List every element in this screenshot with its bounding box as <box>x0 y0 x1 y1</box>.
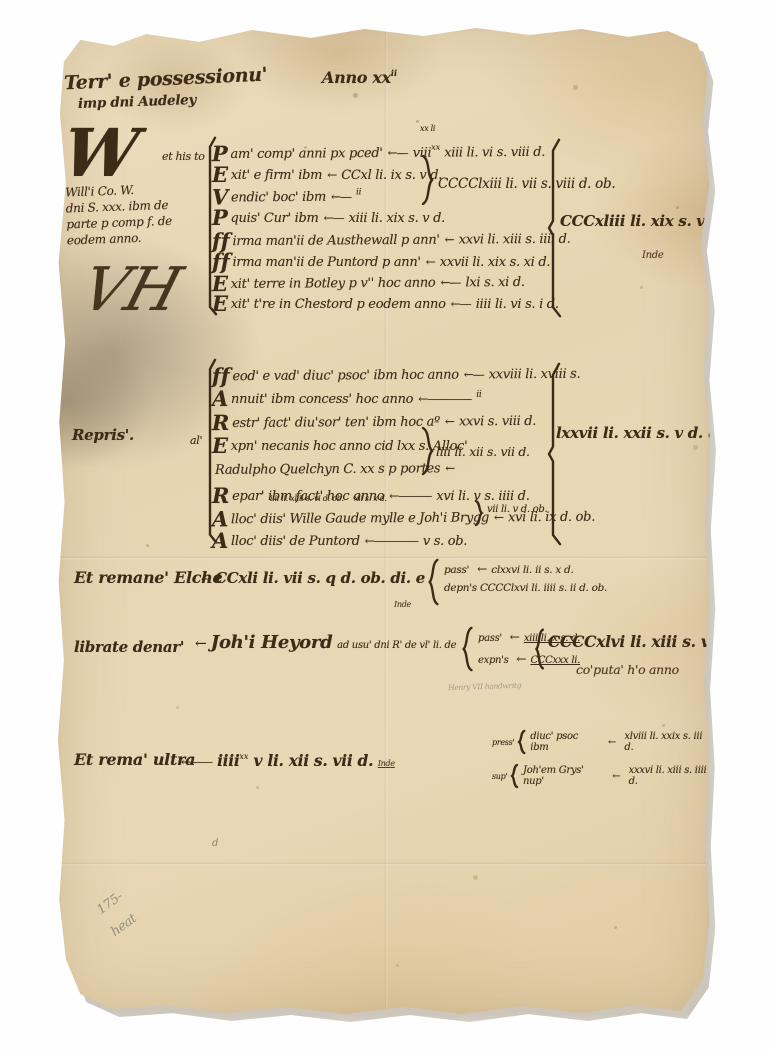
amount-superscript-note: xx li <box>420 124 435 133</box>
entry-amount: xxvi s. viii d. <box>459 414 536 430</box>
entry-amount: xiii li. vi s. viii d. <box>440 145 545 161</box>
anno-text: Anno xx <box>322 68 391 87</box>
inde-note: Inde <box>378 759 395 768</box>
stray-ink-mark: d <box>212 838 218 849</box>
entry-text: xit' t're in Chestord p eodem anno <box>231 297 446 312</box>
entry-initial: R <box>212 483 229 508</box>
brace-value: CCCClxvi li. iiii s. ii d. ob. <box>480 582 607 594</box>
inde-note: Inde <box>394 600 411 609</box>
decorated-initial-monogram: W <box>59 120 142 186</box>
amount-sup: xx <box>431 143 440 152</box>
entry-amount: xxvi li. xiii s. iiii d. <box>459 232 571 248</box>
tie-line: ←———— <box>418 392 471 406</box>
tie-line: ← <box>445 414 454 428</box>
entry-text: eod' e vad' diuc' psoc' ibm hoc anno <box>232 368 458 385</box>
entry-text: irma man'ii de Austhewall p ann' <box>232 233 439 249</box>
margin-note-block: Will'i Co. W. dni S. xxx. ibm de parte p… <box>65 180 207 249</box>
pencil-price: 175- <box>94 889 125 918</box>
tie-line: ← <box>445 233 454 247</box>
account-entry: Alloc' diis' de Puntord←————v s. ob. <box>212 528 467 553</box>
group-amount: CCCClxiii li. vii s. viii d. ob. <box>438 176 615 192</box>
tie-line: ←— <box>440 275 460 289</box>
entry-text: lloc' diis' de Puntord <box>231 534 360 549</box>
brace-line: press' diuc' psoc ibm ← xlviii li. xxix … <box>492 730 714 754</box>
fold-crease <box>60 862 706 866</box>
charges-total: CCCxliii li. xix s. vi d. ob. <box>560 212 760 230</box>
entry-initial: E <box>212 291 228 316</box>
entry-amount: ii <box>476 390 481 400</box>
entry-text: estr' fact' diu'sor' ten' ibm hoc aº <box>232 415 440 431</box>
entry-text: irma man'ii de Puntord p ann' <box>232 255 420 270</box>
brace <box>428 558 440 606</box>
tie-line: ← <box>327 168 336 182</box>
entry-initial: E <box>212 162 228 187</box>
side-amount: vii li. v d. ob. <box>487 504 547 515</box>
liberate-total-note: co'puta' h'o anno <box>576 662 679 677</box>
brace <box>535 628 545 670</box>
brace-prefix: press' <box>492 738 514 747</box>
liberate-line: ←Joh'i Heyord ad usu' dni R' de vl' li. … <box>190 632 456 653</box>
brace-label: expn's <box>478 655 508 666</box>
heading-title-line1: Terr' e possessionu' <box>64 64 268 95</box>
brace <box>462 626 474 672</box>
entry-initial: R <box>212 410 229 435</box>
entry-amount: ii <box>356 187 361 197</box>
group-amount: liii li. xii s. vii d. <box>436 444 530 459</box>
manuscript-photo: Terr' e possessionu' imp dni Audeley Ann… <box>0 0 771 1050</box>
margin-exp-mark: al' <box>190 434 202 447</box>
brace-label: pass' <box>444 564 469 576</box>
entry-text: quis' Cur' ibm <box>231 211 319 226</box>
brace <box>511 764 519 788</box>
account-entry: Annuit' ibm concess' hoc anno←————ii <box>212 386 481 411</box>
tie-line: ← <box>516 652 525 666</box>
brace-label: Joh'em Grys' nup' <box>523 765 603 787</box>
brace-value: xlviii li. xxix s. iii d. <box>624 731 714 753</box>
brace-label: depn's <box>444 582 477 594</box>
remainder-amount: v li. xii s. vii d. <box>248 751 373 770</box>
remainder-line: ←——iiiixx v li. xii s. vii d. Inde <box>176 751 395 770</box>
entry-initial: ff <box>212 363 230 388</box>
payee-subtext: ad usu' dni R' de vl' li. de <box>337 640 456 651</box>
tie-line: ← <box>608 737 615 748</box>
remainder-amount: CCxli li. vii s. q d. ob. di. e <box>215 569 425 587</box>
tie-line: ←———— <box>365 534 418 548</box>
charges-total-note: Inde <box>642 250 664 261</box>
entry-amount: lxi s. xi d. <box>465 275 524 290</box>
fold-crease <box>60 556 706 560</box>
entry-text: endic' boc' ibm <box>231 190 326 206</box>
interlinear-note: xli s. x d. <box>354 494 387 503</box>
entry-initial: E <box>212 433 228 458</box>
brace-line: expn's ←CCCxxx li. <box>478 652 580 666</box>
tie-line: ← <box>510 630 519 644</box>
account-entry: Restr' fact' diu'sor' ten' ibm hoc aº←xx… <box>212 408 536 435</box>
tie-line: ← <box>612 771 619 782</box>
tie-line: ← <box>195 636 206 652</box>
tie-line: ←— <box>331 190 351 204</box>
entry-amount: xxviii li. xviii s. <box>489 367 581 383</box>
margin-note-line: eodem anno. <box>67 228 207 249</box>
liberate-total: CCCCxlvi li. xiii s. vi d. ob <box>548 632 762 651</box>
brace-line: sup' Joh'em Grys' nup' ← xxxvi li. xiii … <box>492 764 714 788</box>
entry-text: xit' e firm' ibm <box>231 168 322 183</box>
brace-prefix: sup' <box>492 772 507 781</box>
heading-title-line2: imp dni Audeley <box>78 92 197 112</box>
tie-line: ←—— <box>181 755 212 769</box>
brace-label: diuc' psoc ibm <box>530 731 599 753</box>
margin-label-reprise: Repris'. <box>72 426 134 444</box>
entry-text: xit' terre in Botley p v'' hoc anno <box>231 276 436 292</box>
margin-label-librate: librate denar' <box>74 638 184 656</box>
side-brace <box>474 500 483 526</box>
monogram-side-note: et his to <box>162 150 205 163</box>
account-entry: ffeod' e vad' diuc' psoc' ibm hoc anno←—… <box>212 361 580 389</box>
anno-superscript: ii <box>391 68 397 78</box>
tie-line: ←— <box>388 146 408 160</box>
entry-text: Radulpho Quelchyn C. xx s p portes <box>215 461 440 478</box>
entry-text: am' comp' anni px pced' <box>230 146 382 162</box>
brace-line: pass' ←clxxvi li. ii s. x d. <box>444 562 574 576</box>
tie-line: ←— <box>324 211 344 225</box>
group-brace <box>420 426 434 476</box>
brace <box>518 730 526 754</box>
entry-initial: P <box>212 205 228 230</box>
remainder-line: ←CCxli li. vii s. q d. ob. di. e <box>196 569 425 587</box>
entry-initial: A <box>212 528 228 553</box>
brace-label: pass' <box>478 633 502 644</box>
payee-name: Joh'i Heyord <box>211 632 333 653</box>
pencil-annotation: Henry VII handwritg <box>448 681 521 693</box>
account-entry: Exit' t're in Chestord p eodem anno←—iii… <box>212 291 559 316</box>
tie-line: ←— <box>451 297 471 311</box>
heading-anno: Anno xxii <box>322 68 397 87</box>
entry-text: lloc' diis' Wille Gaude mylle e Joh'i Br… <box>231 510 489 527</box>
brace-line: depn's CCCClxvi li. iiii s. ii d. ob. <box>444 582 607 594</box>
interlinear-note: iiii li. xliii s. vi d. ob. <box>270 494 344 503</box>
brace-value: xxxvi li. xiii s. iiii d. <box>629 765 714 787</box>
tie-line: ← <box>445 461 454 475</box>
entry-amount: xxvii li. xix s. xi d. <box>440 255 550 270</box>
entry-amount: iiii li. vi s. i d. <box>476 297 559 312</box>
tie-line: ← <box>201 572 210 586</box>
stain-speckles <box>54 24 57 27</box>
entry-amount: v s. ob. <box>423 534 467 549</box>
entry-amount: xiii li. xix s. v d. <box>349 211 445 226</box>
tie-line: ←— <box>464 367 484 381</box>
parchment-sheet: Terr' e possessionu' imp dni Audeley Ann… <box>54 24 714 1019</box>
reprises-total: lxxvii li. xxii s. v d. q. <box>556 424 723 442</box>
brace-value: clxxvi li. ii s. x d. <box>491 564 573 576</box>
entry-initial: A <box>212 386 228 411</box>
tie-line: ←——— <box>389 489 431 503</box>
pencil-word: heat <box>108 911 139 940</box>
tie-line: ← <box>477 562 486 576</box>
tie-line: ← <box>426 255 435 269</box>
amount-pre: iiii <box>217 751 239 770</box>
entry-text: nnuit' ibm concess' hoc anno <box>231 392 413 407</box>
group-brace <box>420 154 434 206</box>
flourished-monogram: VH <box>75 260 187 320</box>
